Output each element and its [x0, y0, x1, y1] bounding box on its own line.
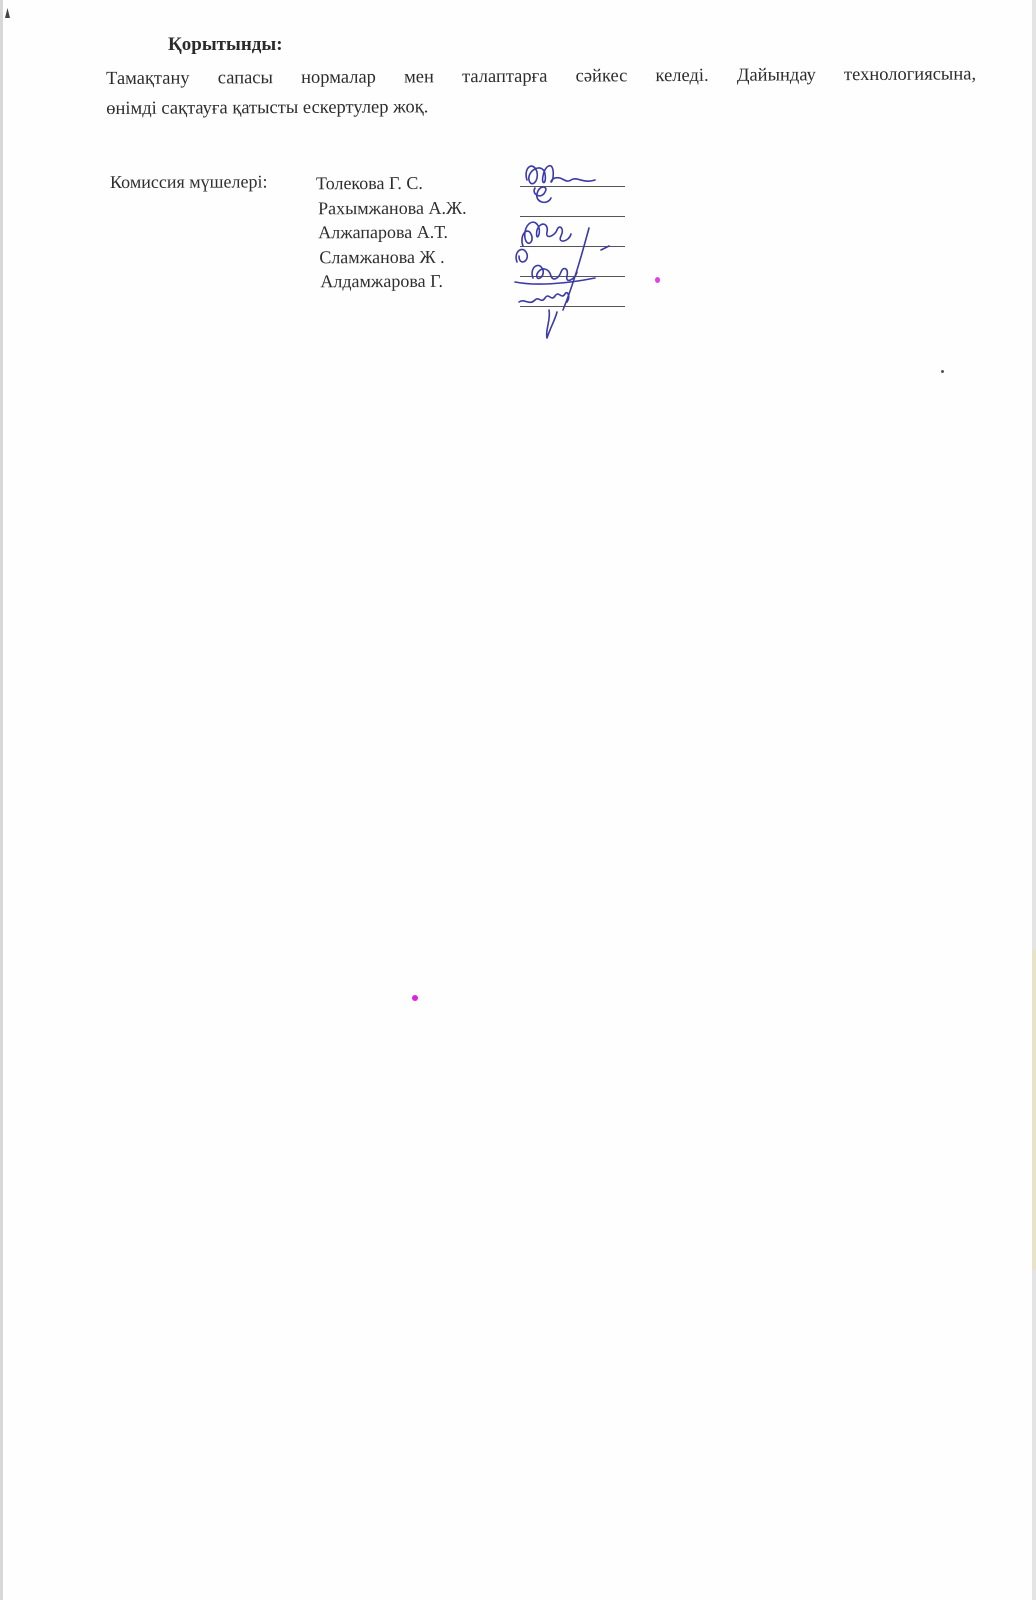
member-name: Сламжанова Ж .	[319, 244, 467, 269]
page-right-edge	[1032, 0, 1036, 1600]
member-name: Алжапарова А.Т.	[318, 220, 467, 245]
conclusion-paragraph: Тамақтану сапасы нормалар мен талаптарға…	[106, 59, 976, 124]
scanned-document-page: Қорытынды: Тамақтану сапасы нормалар мен…	[0, 0, 1036, 1600]
conclusion-text-line-2: өнімді сақтауға қатысты ескертулер жоқ.	[106, 97, 428, 119]
ink-dot	[655, 277, 660, 283]
corner-mark	[5, 8, 10, 18]
commission-members-list: Толекова Г. С. Рахымжанова А.Ж. Алжапаро…	[316, 171, 467, 294]
member-name: Алдамжарова Г.	[320, 269, 467, 294]
commission-members-label: Комиссия мүшелері:	[110, 171, 267, 193]
page-left-edge	[0, 0, 3, 1600]
conclusion-heading: Қорытынды:	[168, 34, 283, 56]
member-name: Толекова Г. С.	[316, 171, 467, 196]
handwritten-signatures-icon	[505, 150, 655, 350]
speck	[941, 370, 944, 373]
member-name: Рахымжанова А.Ж.	[318, 195, 467, 220]
ink-dot	[412, 995, 418, 1001]
conclusion-text-line-1: Тамақтану сапасы нормалар мен талаптарға…	[106, 59, 976, 94]
